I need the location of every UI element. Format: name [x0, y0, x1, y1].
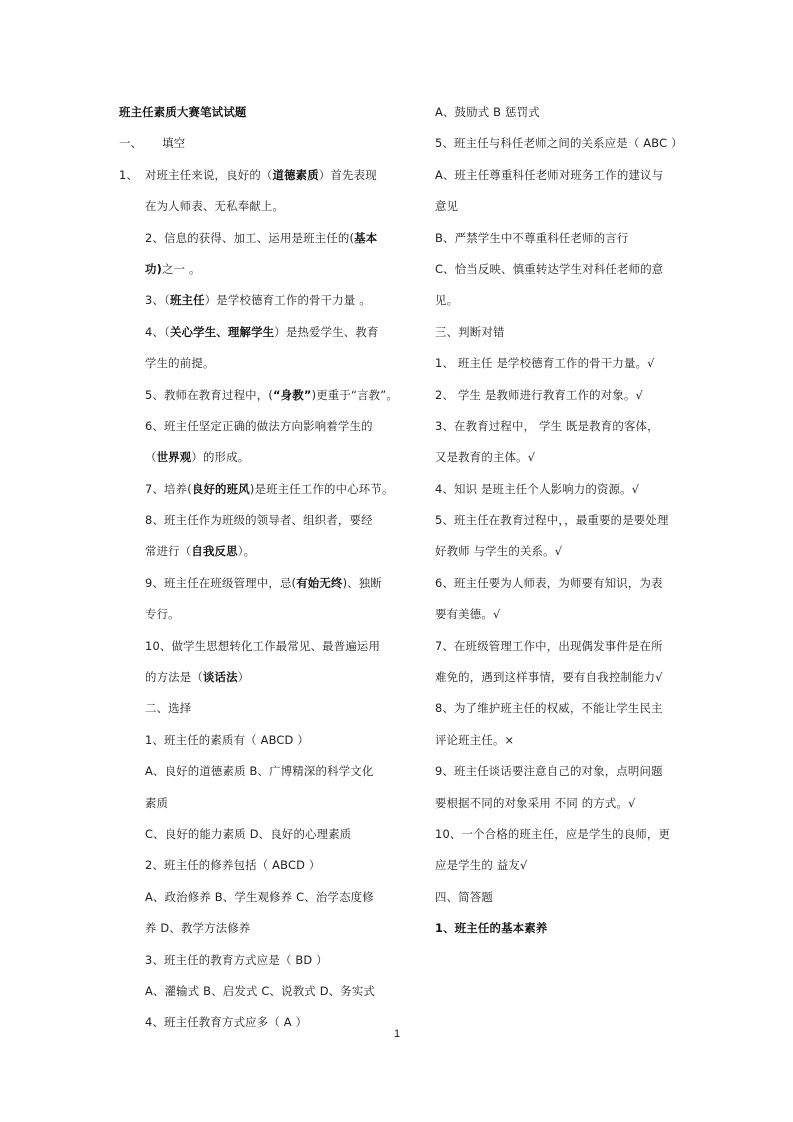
question-text: 对班主任来说，良好的（ [145, 168, 273, 182]
fill-question-3: 3、（班主任）是学校德育工作的骨干力量 。 [119, 291, 404, 322]
answer-text: “身教” [273, 388, 312, 402]
fill-question-6-cont: （世界观）的形成。 [119, 448, 404, 479]
fill-question-1: 1、对班主任来说，良好的（道德素质）首先表现 [119, 166, 404, 197]
choice-question-2: 2、班主任的修养包括（ ABCD ） [119, 856, 404, 887]
question-text: 5、教师在教育过程中，( [145, 388, 273, 402]
choice-question-5-option-a: A、班主任尊重科任老师对班务工作的建议与 [435, 166, 685, 197]
choice-question-3: 3、班主任的教育方式应是（ BD ） [119, 951, 404, 982]
judge-line: 好教师 与学生的关系。√ [435, 542, 685, 573]
fill-question-5: 5、教师在教育过程中，(“身教”)更重于“言教”。 [119, 386, 404, 417]
fill-question-10-cont: 的方法是（谈话法） [119, 668, 404, 699]
choice-question-1-options-cont: 素质 [119, 794, 404, 825]
fill-question-1-cont: 在为人师表、无私奉献上。 [119, 197, 404, 228]
question-text: ）首先表现 [319, 168, 377, 182]
choice-question-5-option-c: C、恰当反映、慎重转达学生对科任老师的意 [435, 260, 685, 291]
question-text: ）是热爱学生、教育 [274, 325, 378, 339]
judge-line: 1、 班主任 是学校德育工作的骨干力量。√ [435, 354, 685, 385]
fill-question-9-cont: 专行。 [119, 605, 404, 636]
answer-text: 谈话法 [203, 670, 238, 684]
fill-question-9: 9、班主任在班级管理中，忌(有始无终)、独断 [119, 574, 404, 605]
section-number: 一、 [119, 136, 142, 150]
fill-question-8-cont: 常进行（自我反思）。 [119, 542, 404, 573]
choice-question-4-options: A、鼓励式 B 惩罚式 [435, 103, 685, 134]
section-short-heading: 四、简答题 [435, 888, 685, 919]
answer-text: 基本 [354, 231, 377, 245]
question-text: )是班主任工作的中心环节。 [250, 482, 394, 496]
left-column: 班主任素质大赛笔试试题 一、填空 1、对班主任来说，良好的（道德素质）首先表现 … [119, 103, 404, 1045]
judge-line: 难免的，遇到这样事情，要有自我控制能力√ [435, 668, 685, 699]
document-title: 班主任素质大赛笔试试题 [119, 103, 404, 134]
judge-line: 评论班主任。× [435, 731, 685, 762]
section-judge-heading: 三、判断对错 [435, 323, 685, 354]
question-text: 4、（ [145, 325, 170, 339]
choice-question-5-option-c-cont: 见。 [435, 291, 685, 322]
judge-line: 要根据不同的对象采用 不同 的方式。√ [435, 794, 685, 825]
judge-line: 2、 学生 是教师进行教育工作的对象。√ [435, 386, 685, 417]
question-text: )、独断 [343, 576, 382, 590]
short-question-1: 1、班主任的基本素养 [435, 919, 685, 950]
answer-text: 班主任 [170, 293, 205, 307]
judge-line: 6、班主任要为人师表，为师要有知识，为表 [435, 574, 685, 605]
question-text: 7、培养( [145, 482, 192, 496]
choice-question-1-options-2: C、良好的能力素质 D、良好的心理素质 [119, 825, 404, 856]
choice-question-1: 1、班主任的素质有（ ABCD ） [119, 731, 404, 762]
judge-line: 9、班主任谈话要注意自己的对象，点明问题 [435, 762, 685, 793]
question-text: ）。 [238, 544, 255, 558]
question-text: 9、班主任在班级管理中，忌( [145, 576, 296, 590]
judge-line: 3、在教育过程中， 学生 既是教育的客体， [435, 417, 685, 448]
choice-question-2-options-cont: 养 D、教学方法修养 [119, 919, 404, 950]
question-text: 之一 。 [162, 262, 201, 276]
fill-question-7: 7、培养(良好的班风)是班主任工作的中心环节。 [119, 480, 404, 511]
choice-question-5: 5、班主任与科任老师之间的关系应是（ ABC ） [435, 134, 685, 165]
answer-text: 关心学生、理解学生 [170, 325, 274, 339]
fill-question-6: 6、班主任坚定正确的做法方向影响着学生的 [119, 417, 404, 448]
judge-line: 8、为了维护班主任的权威，不能让学生民主 [435, 699, 685, 730]
judge-line: 又是教育的主体。√ [435, 448, 685, 479]
right-column: A、鼓励式 B 惩罚式 5、班主任与科任老师之间的关系应是（ ABC ） A、班… [435, 103, 685, 951]
choice-question-5-option-b: B、严禁学生中不尊重科任老师的言行 [435, 229, 685, 260]
judge-line: 5、班主任在教育过程中，，最重要的是要处理 [435, 511, 685, 542]
question-text: ）的形成。 [191, 450, 249, 464]
answer-text: 自我反思 [191, 544, 237, 558]
judge-line: 要有美德。√ [435, 605, 685, 636]
question-text: 2、信息的获得、加工、运用是班主任的( [145, 231, 354, 245]
judge-line: 10、一个合格的班主任，应是学生的良师，更 [435, 825, 685, 856]
fill-question-8: 8、班主任作为班级的领导者、组织者，要经 [119, 511, 404, 542]
judge-line: 4、知识 是班主任个人影响力的资源。√ [435, 480, 685, 511]
question-number: 1、 [119, 166, 145, 184]
choice-question-1-options: A、良好的道德素质 B、广博精深的科学文化 [119, 762, 404, 793]
judge-line: 应是学生的 益友√ [435, 856, 685, 887]
answer-text: 世界观 [157, 450, 192, 464]
fill-question-4: 4、（关心学生、理解学生）是热爱学生、教育 [119, 323, 404, 354]
question-text: 常进行（ [145, 544, 191, 558]
section-fill-heading: 一、填空 [119, 134, 404, 165]
question-text: （ [145, 450, 157, 464]
page-number: 1 [394, 1028, 400, 1040]
fill-question-2-cont: 功)之一 。 [119, 260, 404, 291]
answer-text: 良好的班风 [192, 482, 250, 496]
section-title: 填空 [162, 136, 185, 150]
judge-line: 7、在班级管理工作中，出现偶发事件是在所 [435, 637, 685, 668]
choice-question-2-options: A、政治修养 B、学生观修养 C、治学态度修 [119, 888, 404, 919]
document-page: 班主任素质大赛笔试试题 一、填空 1、对班主任来说，良好的（道德素质）首先表现 … [0, 0, 793, 1122]
choice-question-4: 4、班主任教育方式应多（ A ） [119, 1013, 404, 1044]
choice-question-5-option-a-cont: 意见 [435, 197, 685, 228]
answer-text: 功) [145, 262, 162, 276]
answer-text: 有始无终 [296, 576, 342, 590]
question-text: )更重于“言教”。 [312, 388, 398, 402]
question-text: ） [238, 670, 250, 684]
section-choice-heading: 二、选择 [119, 699, 404, 730]
choice-question-3-options: A、灌输式 B、启发式 C、说教式 D、务实式 [119, 982, 404, 1013]
question-text: 3、（ [145, 293, 170, 307]
fill-question-10: 10、做学生思想转化工作最常见、最普遍运用 [119, 637, 404, 668]
fill-question-2: 2、信息的获得、加工、运用是班主任的(基本 [119, 229, 404, 260]
question-text: 的方法是（ [145, 670, 203, 684]
answer-text: 道德素质 [273, 168, 319, 182]
fill-question-4-cont: 学生的前提。 [119, 354, 404, 385]
question-text: ）是学校德育工作的骨干力量 。 [205, 293, 371, 307]
